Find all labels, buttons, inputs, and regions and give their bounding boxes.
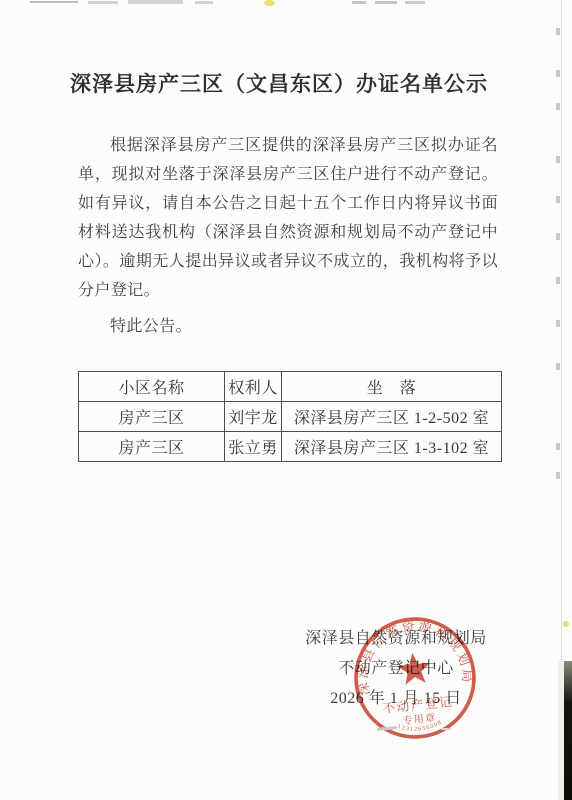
scan-artifact-fragment [352,1,366,4]
table-row: 房产三区 张立勇 深泽县房产三区 1-3-102 室 [79,432,502,462]
page-title: 深泽县房产三区（文昌东区）办证名单公示 [0,68,558,98]
seal-center-text: 不动产登记 [382,694,454,716]
table-row: 房产三区 刘宇龙 深泽县房产三区 1-2-502 室 [79,402,502,432]
scan-artifact-fragment [405,1,425,4]
scan-artifact-line [30,1,78,3]
cell-community-name: 房产三区 [79,402,225,432]
edge-mark [556,28,560,35]
edge-mark [556,156,560,163]
page-edge-line [561,0,562,662]
edge-mark [556,196,560,203]
scan-artifact-dot [264,0,275,6]
header-community-name: 小区名称 [79,372,225,402]
scan-artifact-fragment [375,1,397,4]
edge-mark [556,233,560,240]
cell-location: 深泽县房产三区 1-2-502 室 [282,402,502,432]
header-rights-holder: 权利人 [225,372,282,402]
edge-mark [556,363,560,370]
edge-mark [556,277,560,284]
edge-mark [556,472,560,479]
closing-line: 特此公告。 [78,312,498,341]
header-location: 坐 落 [282,372,502,402]
table-header-row: 小区名称 权利人 坐 落 [79,372,502,402]
cell-location: 深泽县房产三区 1-3-102 室 [282,432,502,462]
scan-background-strip [564,661,572,800]
scan-artifact-fragment [195,1,213,4]
edge-mark [556,320,560,327]
scan-artifact-fragment [88,1,118,4]
cell-rights-holder: 张立勇 [225,432,282,462]
edge-mark [556,103,560,110]
registration-table: 小区名称 权利人 坐 落 房产三区 刘宇龙 深泽县房产三区 1-2-502 室 … [78,371,502,462]
scan-artifact-fragment [128,0,183,4]
cell-rights-holder: 刘宇龙 [225,402,282,432]
official-seal: 深泽县自然资源和规划局 不动产登记 专用章 13312656008 [345,608,486,749]
seal-star-icon [396,651,432,686]
edge-mark [556,443,560,450]
cell-community-name: 房产三区 [79,432,225,462]
notice-body: 根据深泽县房产三区提供的深泽县房产三区拟办证名单，现拟对坐落于深泽县房产三区住户… [78,131,498,305]
document-page: 深泽县房产三区（文昌东区）办证名单公示 根据深泽县房产三区提供的深泽县房产三区拟… [0,0,572,800]
scan-artifact-dot [563,621,569,627]
scan-artifact-dash [441,728,451,730]
